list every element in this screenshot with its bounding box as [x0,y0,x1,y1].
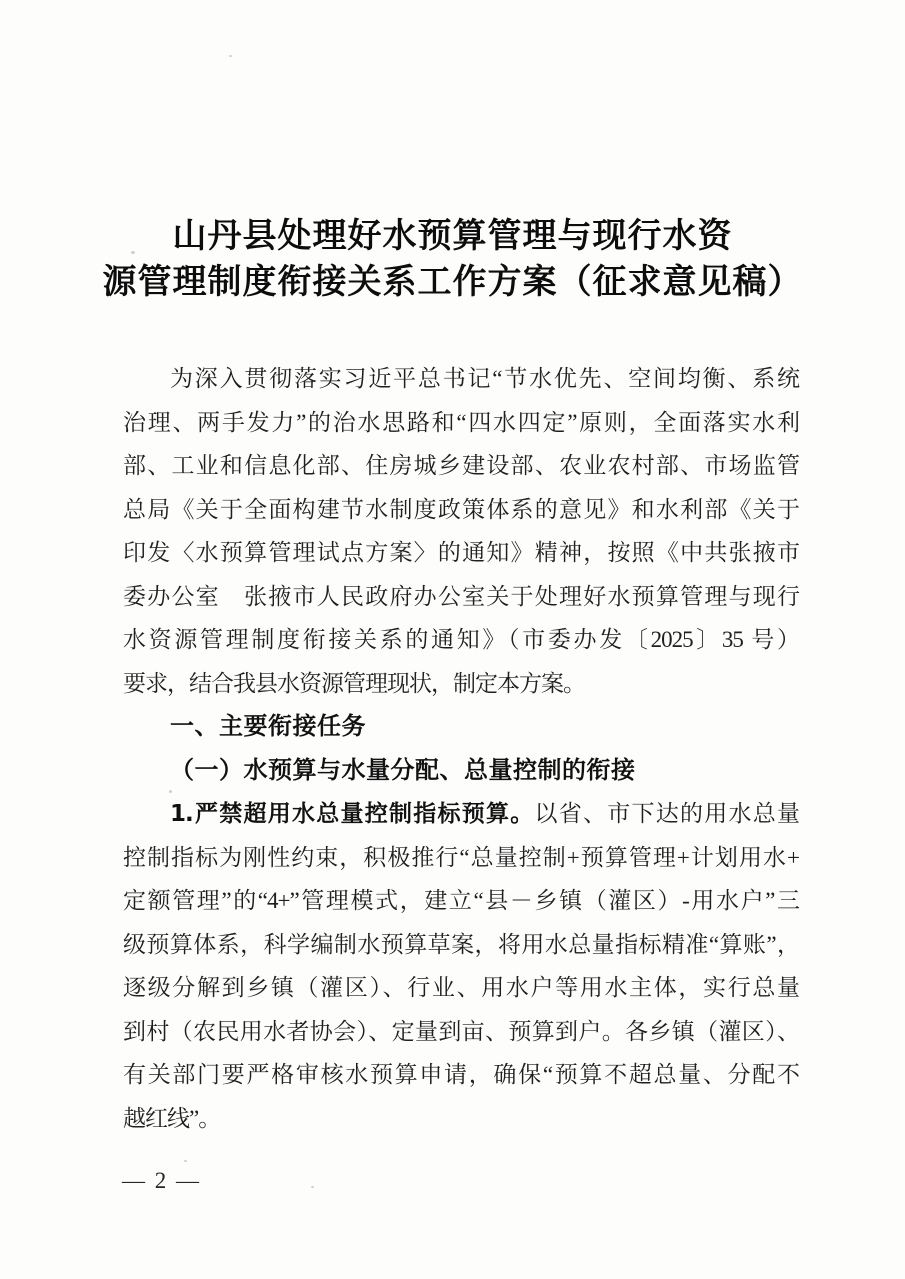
paragraph-line: 到村（农民用水者协会）、定量到亩、预算到户。各乡镇（灌区）、 [123,1010,799,1054]
scan-speck [184,1160,187,1162]
title-line-1: 山丹县处理好水预算管理与现行水资 [0,213,905,259]
paragraph-line: 水资源管理制度衔接关系的通知》（市委办发〔2025〕35 号） [123,618,799,662]
title-line-2: 源管理制度衔接关系工作方案（征求意见稿） [0,259,905,305]
paragraph-line: 控制指标为刚性约束，积极推行“总量控制+预算管理+计划用水+ [123,836,799,880]
paragraph-text: 以省、市下达的用水总量 [535,801,800,826]
section-heading: 一、主要衔接任务 [123,705,799,749]
page-number: — 2 — [122,1168,201,1194]
paragraph-line: 定额管理”的“4+”管理模式，建立“县－乡镇（灌区）-用水户”三 [123,879,799,923]
paragraph-line: 逐级分解到乡镇（灌区）、行业、用水户等用水主体，实行总量 [123,966,799,1010]
paragraph-line: 部、工业和信息化部、住房城乡建设部、农业农村部、市场监管 [123,444,799,488]
document-title: 山丹县处理好水预算管理与现行水资 源管理制度衔接关系工作方案（征求意见稿） [0,213,905,305]
scan-speck [311,1186,314,1188]
paragraph-line: 越红线”。 [123,1097,799,1141]
paragraph-line: 1.严禁超用水总量控制指标预算。以省、市下达的用水总量 [123,792,799,836]
sub-heading: （一）水预算与水量分配、总量控制的衔接 [123,749,799,793]
paragraph-line: 级预算体系，科学编制水预算草案，将用水总量指标精准“算账”， [123,923,799,967]
paragraph-line: 总局《关于全面构建节水制度政策体系的意见》和水利部《关于 [123,488,799,532]
document-body: 为深入贯彻落实习近平总书记“节水优先、空间均衡、系统 治理、两手发力”的治水思路… [123,357,799,1140]
paragraph-line: 治理、两手发力”的治水思路和“四水四定”原则，全面落实水利 [123,401,799,445]
paragraph-line: 有关部门要严格审核水预算申请，确保“预算不超总量、分配不 [123,1053,799,1097]
scan-speck [229,55,232,57]
numbered-point-label: 1.严禁超用水总量控制指标预算。 [170,801,535,827]
document-page: 山丹县处理好水预算管理与现行水资 源管理制度衔接关系工作方案（征求意见稿） 为深… [0,0,905,1279]
paragraph-line: 为深入贯彻落实习近平总书记“节水优先、空间均衡、系统 [123,357,799,401]
paragraph-line: 委办公室 张掖市人民政府办公室关于处理好水预算管理与现行 [123,575,799,619]
paragraph-line: 要求，结合我县水资源管理现状，制定本方案。 [123,662,799,706]
paragraph-line: 印发〈水预算管理试点方案〉的通知》精神，按照《中共张掖市 [123,531,799,575]
